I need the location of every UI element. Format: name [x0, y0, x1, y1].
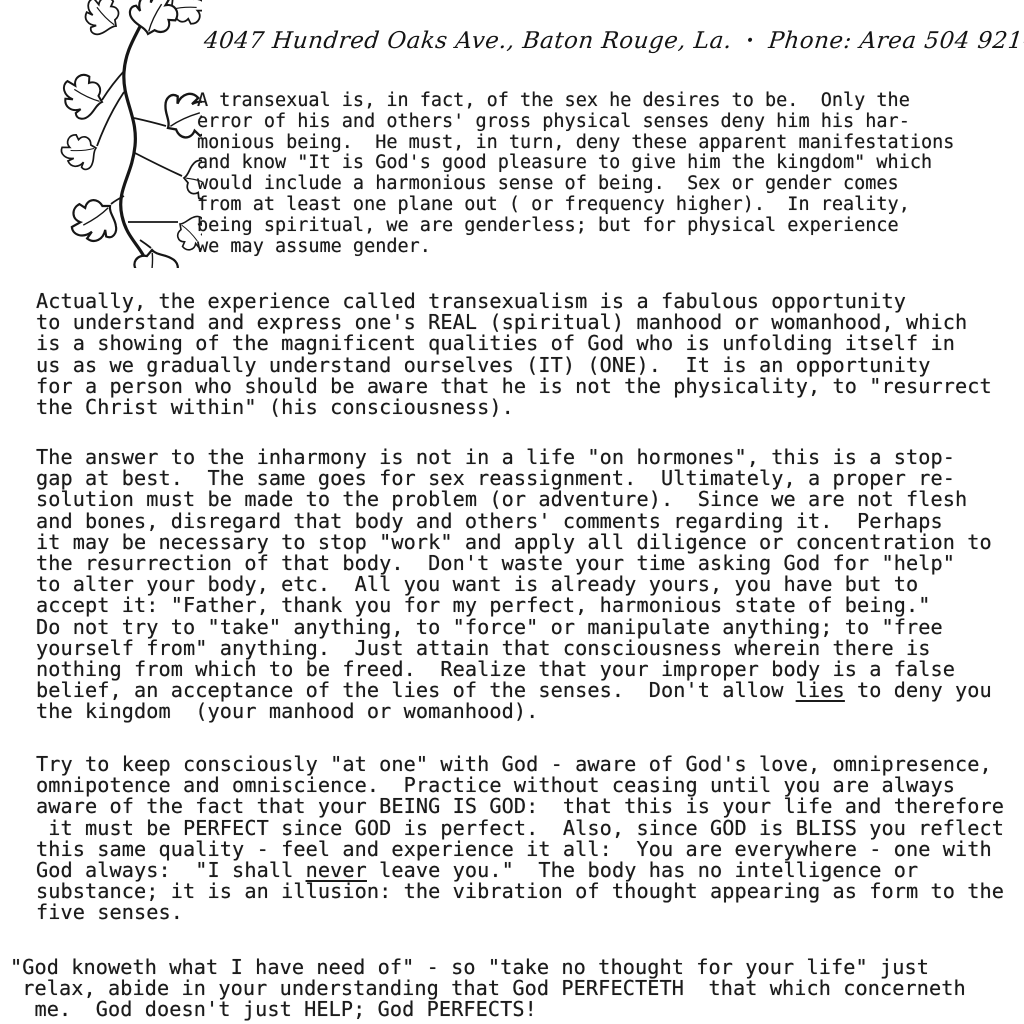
text-line: the Christ within" (his consciousness).: [36, 397, 992, 418]
text-line: and know "It is God's good pleasure to g…: [197, 153, 954, 174]
text-line: Do not try to "take" anything, to "force…: [36, 617, 992, 638]
text-line: God always: "I shall never leave you." T…: [36, 860, 1004, 881]
text-line: five senses.: [36, 902, 1004, 923]
text-line: me. God doesn't just HELP; God PERFECTS!: [10, 999, 966, 1020]
ivy-vine-illustration: [52, 0, 202, 268]
text-line: "God knoweth what I have need of" - so "…: [10, 957, 966, 978]
text-line: yourself from" anything. Just attain tha…: [36, 638, 992, 659]
text-line: gap at best. The same goes for sex reass…: [36, 468, 992, 489]
text-line: this same quality - feel and experience …: [36, 839, 1004, 860]
scanned-letter-page: 4047 Hundred Oaks Ave., Baton Rouge, La.…: [0, 0, 1024, 1024]
text-line: omnipotence and omniscience. Practice wi…: [36, 775, 1004, 796]
text-line: the kingdom (your manhood or womanhood).: [36, 701, 992, 722]
text-line: it may be necessary to stop "work" and a…: [36, 532, 992, 553]
text-line: monious being. He must, in turn, deny th…: [197, 133, 954, 154]
text-line: accept it: "Father, thank you for my per…: [36, 595, 992, 616]
text-line: error of his and others' gross physical …: [197, 112, 954, 133]
underlined-word: lies: [796, 678, 845, 702]
text-line: would include a harmonious sense of bein…: [197, 174, 954, 195]
text-line: being spiritual, we are genderless; but …: [197, 216, 954, 237]
text-line: A transexual is, in fact, of the sex he …: [197, 91, 954, 112]
paragraph-2: Actually, the experience called transexu…: [36, 291, 992, 418]
text-line: Try to keep consciously "at one" with Go…: [36, 754, 1004, 775]
text-line: substance; it is an illusion: the vibrat…: [36, 881, 1004, 902]
text-line: solution must be made to the problem (or…: [36, 489, 992, 510]
text-line: the resurrection of that body. Don't was…: [36, 553, 992, 574]
text-line: aware of the fact that your BEING IS GOD…: [36, 796, 1004, 817]
text-line: The answer to the inharmony is not in a …: [36, 447, 992, 468]
text-line: Actually, the experience called transexu…: [36, 291, 992, 312]
text-line: and bones, disregard that body and other…: [36, 511, 992, 532]
paragraph-1: A transexual is, in fact, of the sex he …: [197, 91, 954, 257]
text-line: to understand and express one's REAL (sp…: [36, 312, 992, 333]
text-line: us as we gradually understand ourselves …: [36, 355, 992, 376]
text-line: relax, abide in your understanding that …: [10, 978, 966, 999]
letterhead-address: 4047 Hundred Oaks Ave., Baton Rouge, La.: [203, 28, 734, 54]
text-line: nothing from which to be freed. Realize …: [36, 659, 992, 680]
paragraph-4: Try to keep consciously "at one" with Go…: [36, 754, 1004, 924]
text-line: we may assume gender.: [197, 237, 954, 258]
text-line: is a showing of the magnificent qualitie…: [36, 333, 992, 354]
text-line: it must be PERFECT since GOD is perfect.…: [36, 818, 1004, 839]
letterhead-separator-dot: •: [745, 33, 755, 49]
text-line: to alter your body, etc. All you want is…: [36, 574, 992, 595]
letterhead-phone: Phone: Area 504 921-9878: [767, 28, 1024, 54]
text-segment: to deny you: [845, 678, 992, 702]
paragraph-5: "God knoweth what I have need of" - so "…: [10, 957, 966, 1021]
text-line: for a person who should be aware that he…: [36, 376, 992, 397]
paragraph-3: The answer to the inharmony is not in a …: [36, 447, 992, 723]
text-line: from at least one plane out ( or frequen…: [197, 195, 954, 216]
text-line: belief, an acceptance of the lies of the…: [36, 680, 992, 701]
letterhead: 4047 Hundred Oaks Ave., Baton Rouge, La.…: [203, 28, 1024, 54]
